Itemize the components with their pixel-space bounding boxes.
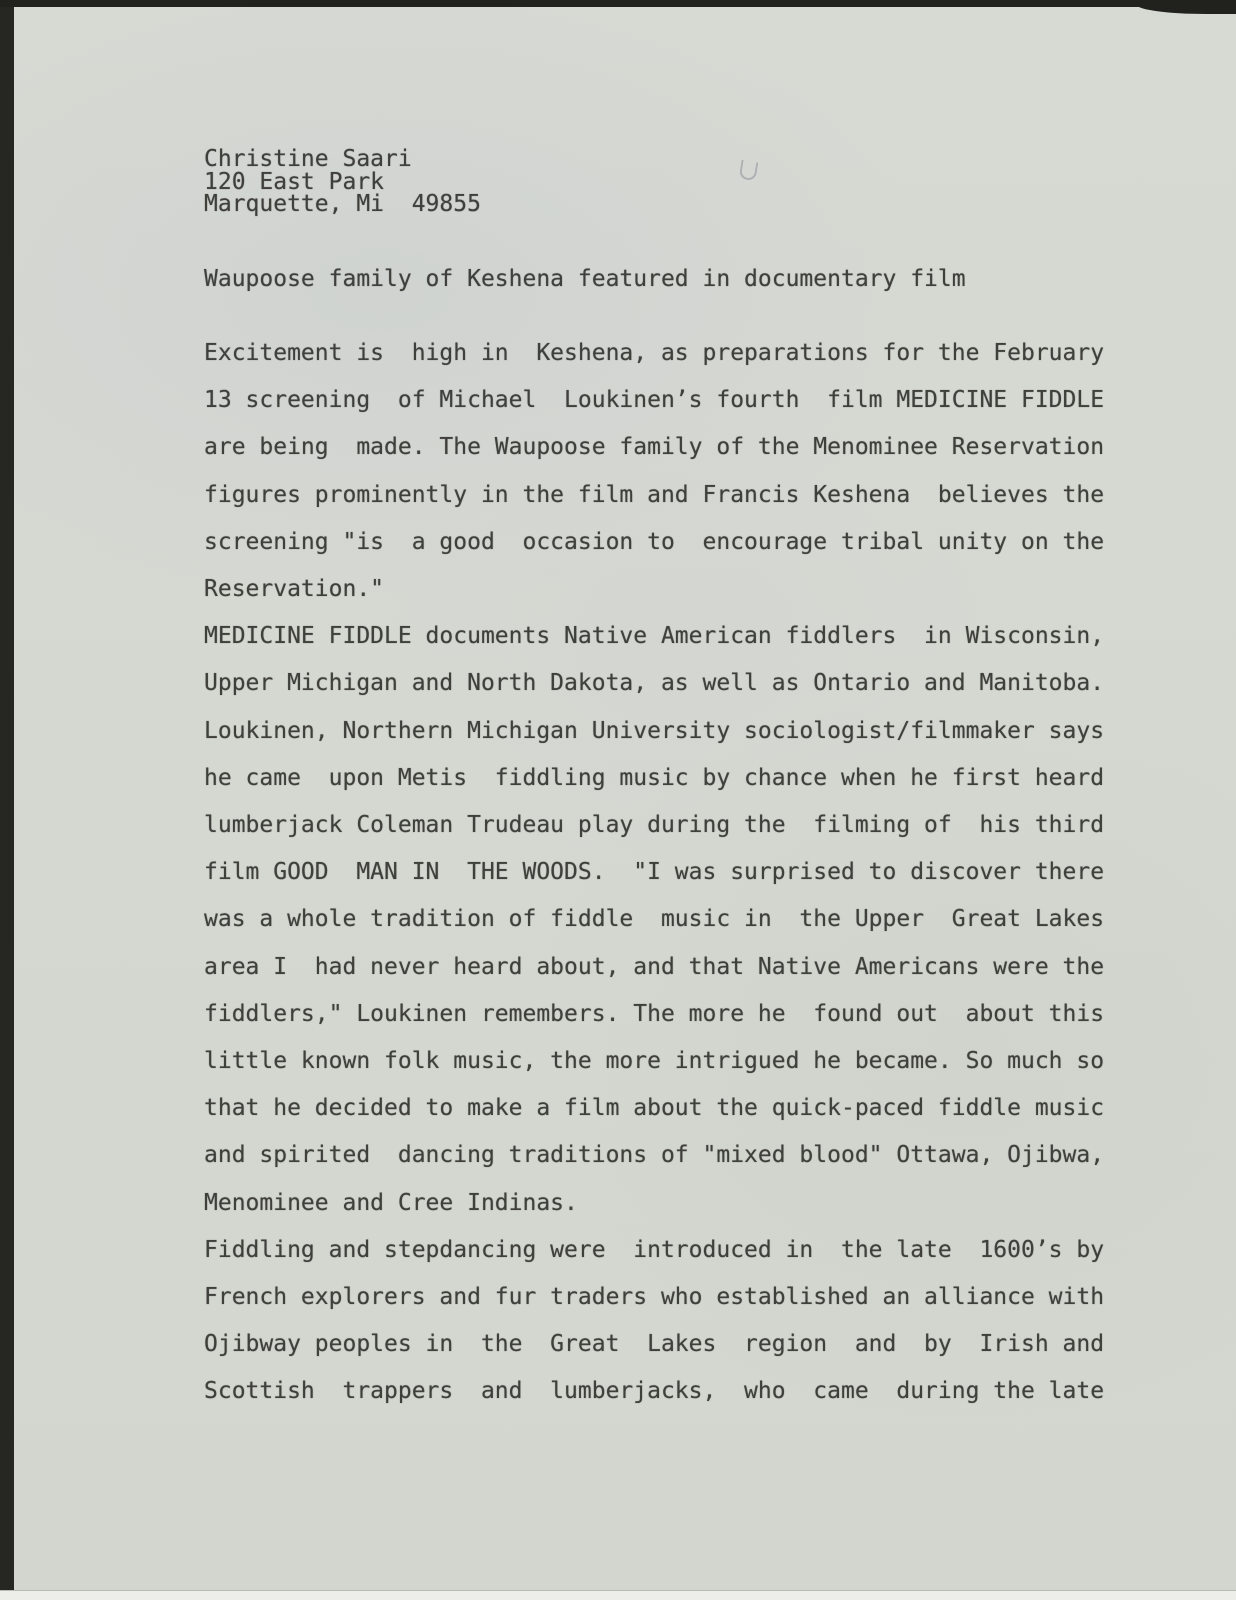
scan-left-edge: [0, 0, 14, 1591]
pen-mark: [739, 160, 759, 181]
sender-address-block: Christine Saari 120 East Park Marquette,…: [204, 148, 481, 216]
body-text: Excitement is high in Keshena, as prepar…: [204, 330, 1104, 1416]
scanned-document-page: Christine Saari 120 East Park Marquette,…: [0, 0, 1236, 1600]
scan-bottom-edge: [0, 1590, 1236, 1600]
scan-top-edge: [0, 0, 1236, 7]
paper: Christine Saari 120 East Park Marquette,…: [14, 5, 1236, 1591]
headline: Waupoose family of Keshena featured in d…: [204, 266, 966, 292]
